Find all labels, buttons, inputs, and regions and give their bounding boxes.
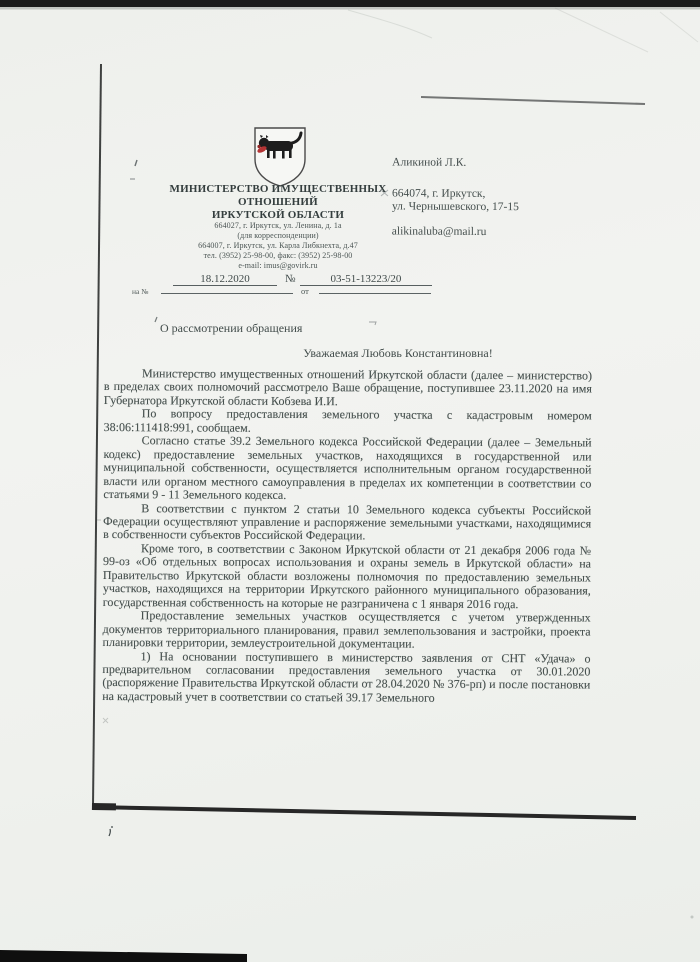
incoming-date-blank [319,282,431,294]
addressee-address-line2: ул. Чернышевского, 17-15 [392,200,592,215]
scan-edge-left [93,64,101,806]
scan-edge-top [0,0,700,7]
coat-of-arms-icon [252,126,308,188]
ministry-contact-line: e-mail: imus@govirk.ru [148,261,408,271]
scanned-letter-page: МИНИСТЕРСТВО ИМУЩЕСТВЕННЫХОТНОШЕНИЙИРКУТ… [0,0,700,962]
scan-edge-bottom-left-band [0,950,247,962]
incoming-number-blank [161,282,293,294]
body-paragraph: Предоставление земельных участков осущес… [103,609,591,652]
ministry-name-line: ОТНОШЕНИЙ [148,196,408,209]
body-paragraph: Кроме того, в соответствии с Законом Ирк… [103,542,591,612]
letter-subject: О рассмотрении обращения [160,321,302,336]
scan-edge-bottom [93,807,636,818]
ministry-contact-line: (для корреспонденции) [148,231,408,241]
addressee-address-line1: 664074, г. Иркутск, [392,187,592,202]
ministry-contact-line: тел. (3952) 25-98-00, факс: (3952) 25-98… [148,251,408,261]
body-paragraph: Согласно статье 39.2 Земельного кодекса … [103,434,591,504]
addressee-block: Аликиной Л.К. 664074, г. Иркутск, ул. Че… [392,156,592,239]
ministry-contact-line: 664027, г. Иркутск, ул. Ленина, д. 1а [148,221,408,231]
salutation: Уважаемая Любовь Константиновна! [204,346,592,361]
ministry-contacts: 664027, г. Иркутск, ул. Ленина, д. 1а(дл… [148,221,408,271]
stray-mark-tick [109,829,110,836]
stray-mark-quote-right [369,322,376,325]
paper-edge-top-right [421,97,645,104]
body-paragraph: В соответствии с пунктом 2 статьи 10 Зем… [103,502,591,545]
stray-mark-quote-left [155,317,157,322]
body-paragraph: По вопросу предоставления земельного уча… [104,407,592,436]
body-paragraph: 1) На основании поступившего в министерс… [102,650,590,706]
stray-mark-apostrophe [135,160,137,166]
ministry-name: МИНИСТЕРСТВО ИМУЩЕСТВЕННЫХОТНОШЕНИЙИРКУТ… [148,183,408,222]
addressee-name: Аликиной Л.К. [392,156,592,171]
incoming-number-label: на № [132,287,148,296]
letter-body: Министерство имущественных отношений Ирк… [102,367,592,706]
body-paragraph: Министерство имущественных отношений Ирк… [104,367,592,410]
incoming-date-label: от [301,286,309,296]
ministry-contact-line: 664007, г. Иркутск, ул. Карла Либкнехта,… [148,241,408,251]
ministry-name-line: МИНИСТЕРСТВО ИМУЩЕСТВЕННЫХ [148,183,408,196]
addressee-email: alikinaluba@mail.ru [392,225,592,240]
